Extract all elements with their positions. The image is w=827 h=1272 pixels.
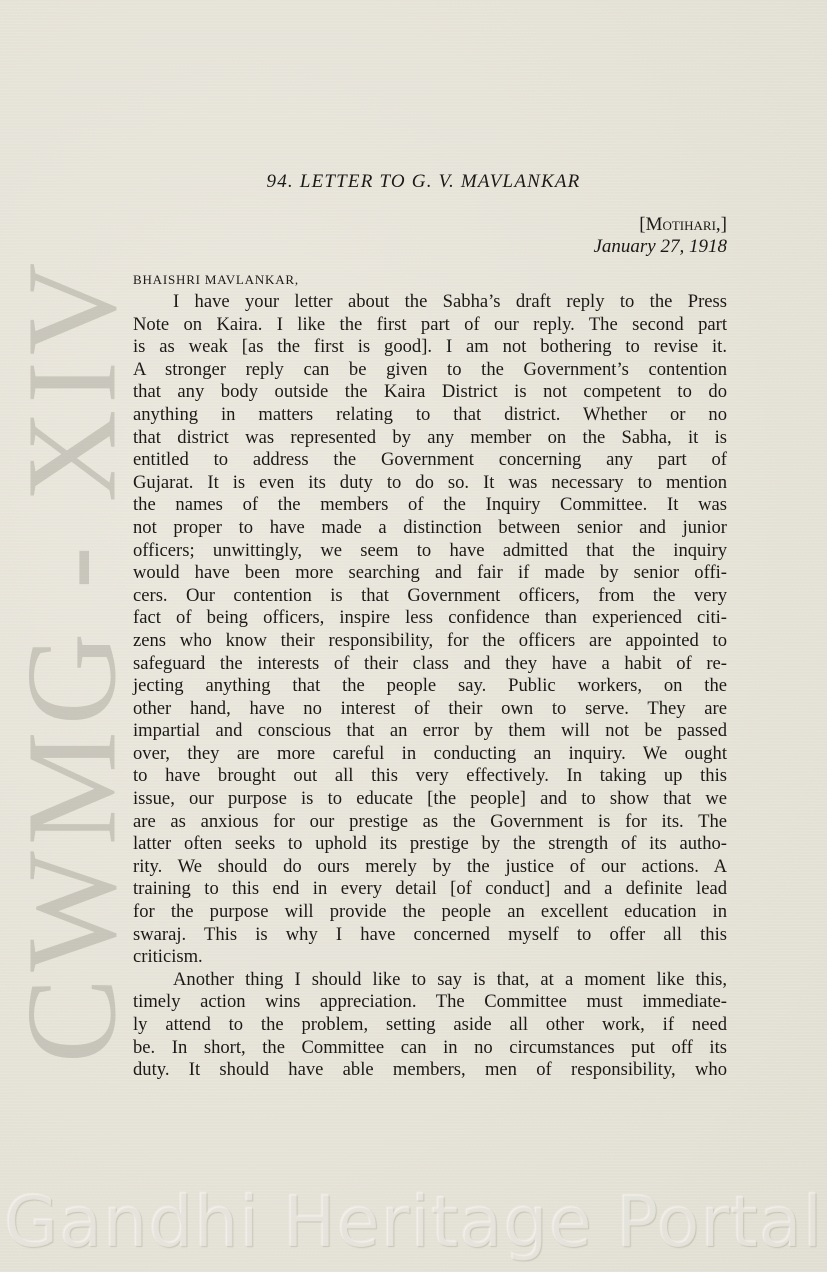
paragraph-1-line: training to this end in every detail [of… [133, 878, 727, 901]
paragraph-1-line: the names of the members of the Inquiry … [133, 494, 727, 517]
paragraph-1-line: impartial and conscious that an error by… [133, 720, 727, 743]
paragraph-1-line: for the purpose will provide the people … [133, 901, 727, 924]
paragraph-1-line: are as anxious for our prestige as the G… [133, 811, 727, 834]
letter-heading: 94. LETTER TO G. V. MAVLANKAR [0, 171, 827, 193]
paragraph-1-line: zens who know their responsibility, for … [133, 630, 727, 653]
letter-date: January 27, 1918 [593, 236, 727, 258]
paragraph-2-line: be. In short, the Committee can in no ci… [133, 1037, 727, 1060]
letter-body: I have your letter about the Sabha’s dra… [133, 291, 727, 1082]
paragraph-2-line: timely action wins appreciation. The Com… [133, 991, 727, 1014]
paragraph-1-line: rity. We should do ours merely by the ju… [133, 856, 727, 879]
paragraph-1-line: fact of being officers, inspire less con… [133, 607, 727, 630]
portal-watermark: Gandhi Heritage Portal [0, 1180, 827, 1264]
paragraph-1-line: officers; unwittingly, we seem to have a… [133, 540, 727, 563]
paragraph-1-line: other hand, have no interest of their ow… [133, 698, 727, 721]
paragraph-1-line: cers. Our contention is that Government … [133, 585, 727, 608]
paragraph-1-line: is as weak [as the first is good]. I am … [133, 336, 727, 359]
salutation: BHAISHRI MAVLANKAR, [133, 271, 299, 289]
paragraph-1-line: issue, our purpose is to educate [the pe… [133, 788, 727, 811]
paragraph-1-line: that any body outside the Kaira District… [133, 381, 727, 404]
paragraph-1-line: over, they are more careful in conductin… [133, 743, 727, 766]
paragraph-1-line: not proper to have made a distinction be… [133, 517, 727, 540]
place-name: Motihari, [646, 214, 721, 235]
place-close-bracket: ] [721, 214, 727, 235]
paragraph-1-line: criticism. [133, 946, 727, 969]
paragraph-1-line: Gujarat. It is even its duty to do so. I… [133, 472, 727, 495]
paragraph-1-line: A stronger reply can be given to the Gov… [133, 359, 727, 382]
paragraph-1-line: entitled to address the Government conce… [133, 449, 727, 472]
paragraph-1-line: that district was represented by any mem… [133, 427, 727, 450]
paragraph-1-line: safeguard the interests of their class a… [133, 653, 727, 676]
paragraph-1-line: latter often seeks to uphold its prestig… [133, 833, 727, 856]
paragraph-2-line: duty. It should have able members, men o… [133, 1059, 727, 1082]
paragraph-1-line: Note on Kaira. I like the first part of … [133, 314, 727, 337]
paragraph-1-line: to have brought out all this very effect… [133, 765, 727, 788]
side-watermark: CWMG - XIV [12, 330, 132, 990]
paragraph-1-line: would have been more searching and fair … [133, 562, 727, 585]
paragraph-1-line: swaraj. This is why I have concerned mys… [133, 924, 727, 947]
side-watermark-text: CWMG - XIV [0, 257, 146, 1064]
paragraph-1-line: anything in matters relating to that dis… [133, 404, 727, 427]
paragraph-2-line: ly attend to the problem, setting aside … [133, 1014, 727, 1037]
paragraph-1-line: jecting anything that the people say. Pu… [133, 675, 727, 698]
paragraph-1-line: I have your letter about the Sabha’s dra… [133, 291, 727, 314]
letter-place: [Motihari,] [639, 214, 727, 236]
paragraph-2-line: Another thing I should like to say is th… [133, 969, 727, 992]
